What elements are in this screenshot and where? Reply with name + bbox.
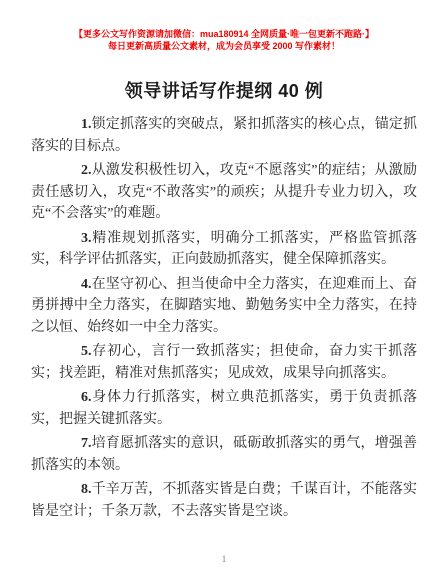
notice-line-2: 每日更新高质量公文素材，成为会员享受 2000 写作素材！ xyxy=(31,40,417,52)
paragraph: 2.从激发积极性切入，攻克“不愿落实”的症结；从激励责任感切入，攻克“不敢落实”… xyxy=(31,160,417,225)
paragraph-number: 8. xyxy=(81,482,92,497)
paragraph: 7.培育愿抓落实的意识，砥砺敢抓落实的勇气，增强善抓落实的本领。 xyxy=(31,433,417,476)
paragraph-number: 4. xyxy=(81,277,92,292)
paragraph: 3.精准规划抓落实，明确分工抓落实，严格监管抓落实，科学评估抓落实，正向鼓励抓落… xyxy=(31,228,417,271)
notice-line-1: 【更多公文写作资源请加微信：mua180914 全网质量·唯一包更新不跑路·】 xyxy=(31,28,417,40)
paragraph: 4.在坚守初心、担当使命中全力落实，在迎难而上、奋勇拼搏中全力落实，在脚踏实地、… xyxy=(31,274,417,339)
paragraph-number: 7. xyxy=(81,436,92,451)
page-title: 领导讲话写作提纲 40 例 xyxy=(31,77,417,103)
paragraph-number: 6. xyxy=(81,390,92,405)
paragraph-number: 2. xyxy=(81,163,92,178)
document-page: 【更多公文写作资源请加微信：mua180914 全网质量·唯一包更新不跑路·】 … xyxy=(0,0,448,580)
paragraph: 5.存初心，言行一致抓落实；担使命，奋力实干抓落实；找差距，精准对焦抓落实；见成… xyxy=(31,341,417,384)
paragraph: 1.锁定抓落实的突破点，紧扣抓落实的核心点，锚定抓落实的目标点。 xyxy=(31,114,417,157)
page-number: 1 xyxy=(0,554,448,564)
paragraph-number: 1. xyxy=(81,117,92,132)
header-notice: 【更多公文写作资源请加微信：mua180914 全网质量·唯一包更新不跑路·】 … xyxy=(31,28,417,52)
paragraph-number: 5. xyxy=(81,344,92,359)
paragraph-number: 3. xyxy=(81,231,92,246)
paragraph: 6.身体力行抓落实，树立典范抓落实，勇于负责抓落实，把握关键抓落实。 xyxy=(31,387,417,430)
body-paragraphs: 1.锁定抓落实的突破点，紧扣抓落实的核心点，锚定抓落实的目标点。2.从激发积极性… xyxy=(31,114,417,522)
paragraph: 8.千辛万苦，不抓落实皆是白费；千谋百计，不能落实皆是空计；千条万款，不去落实皆… xyxy=(31,479,417,522)
